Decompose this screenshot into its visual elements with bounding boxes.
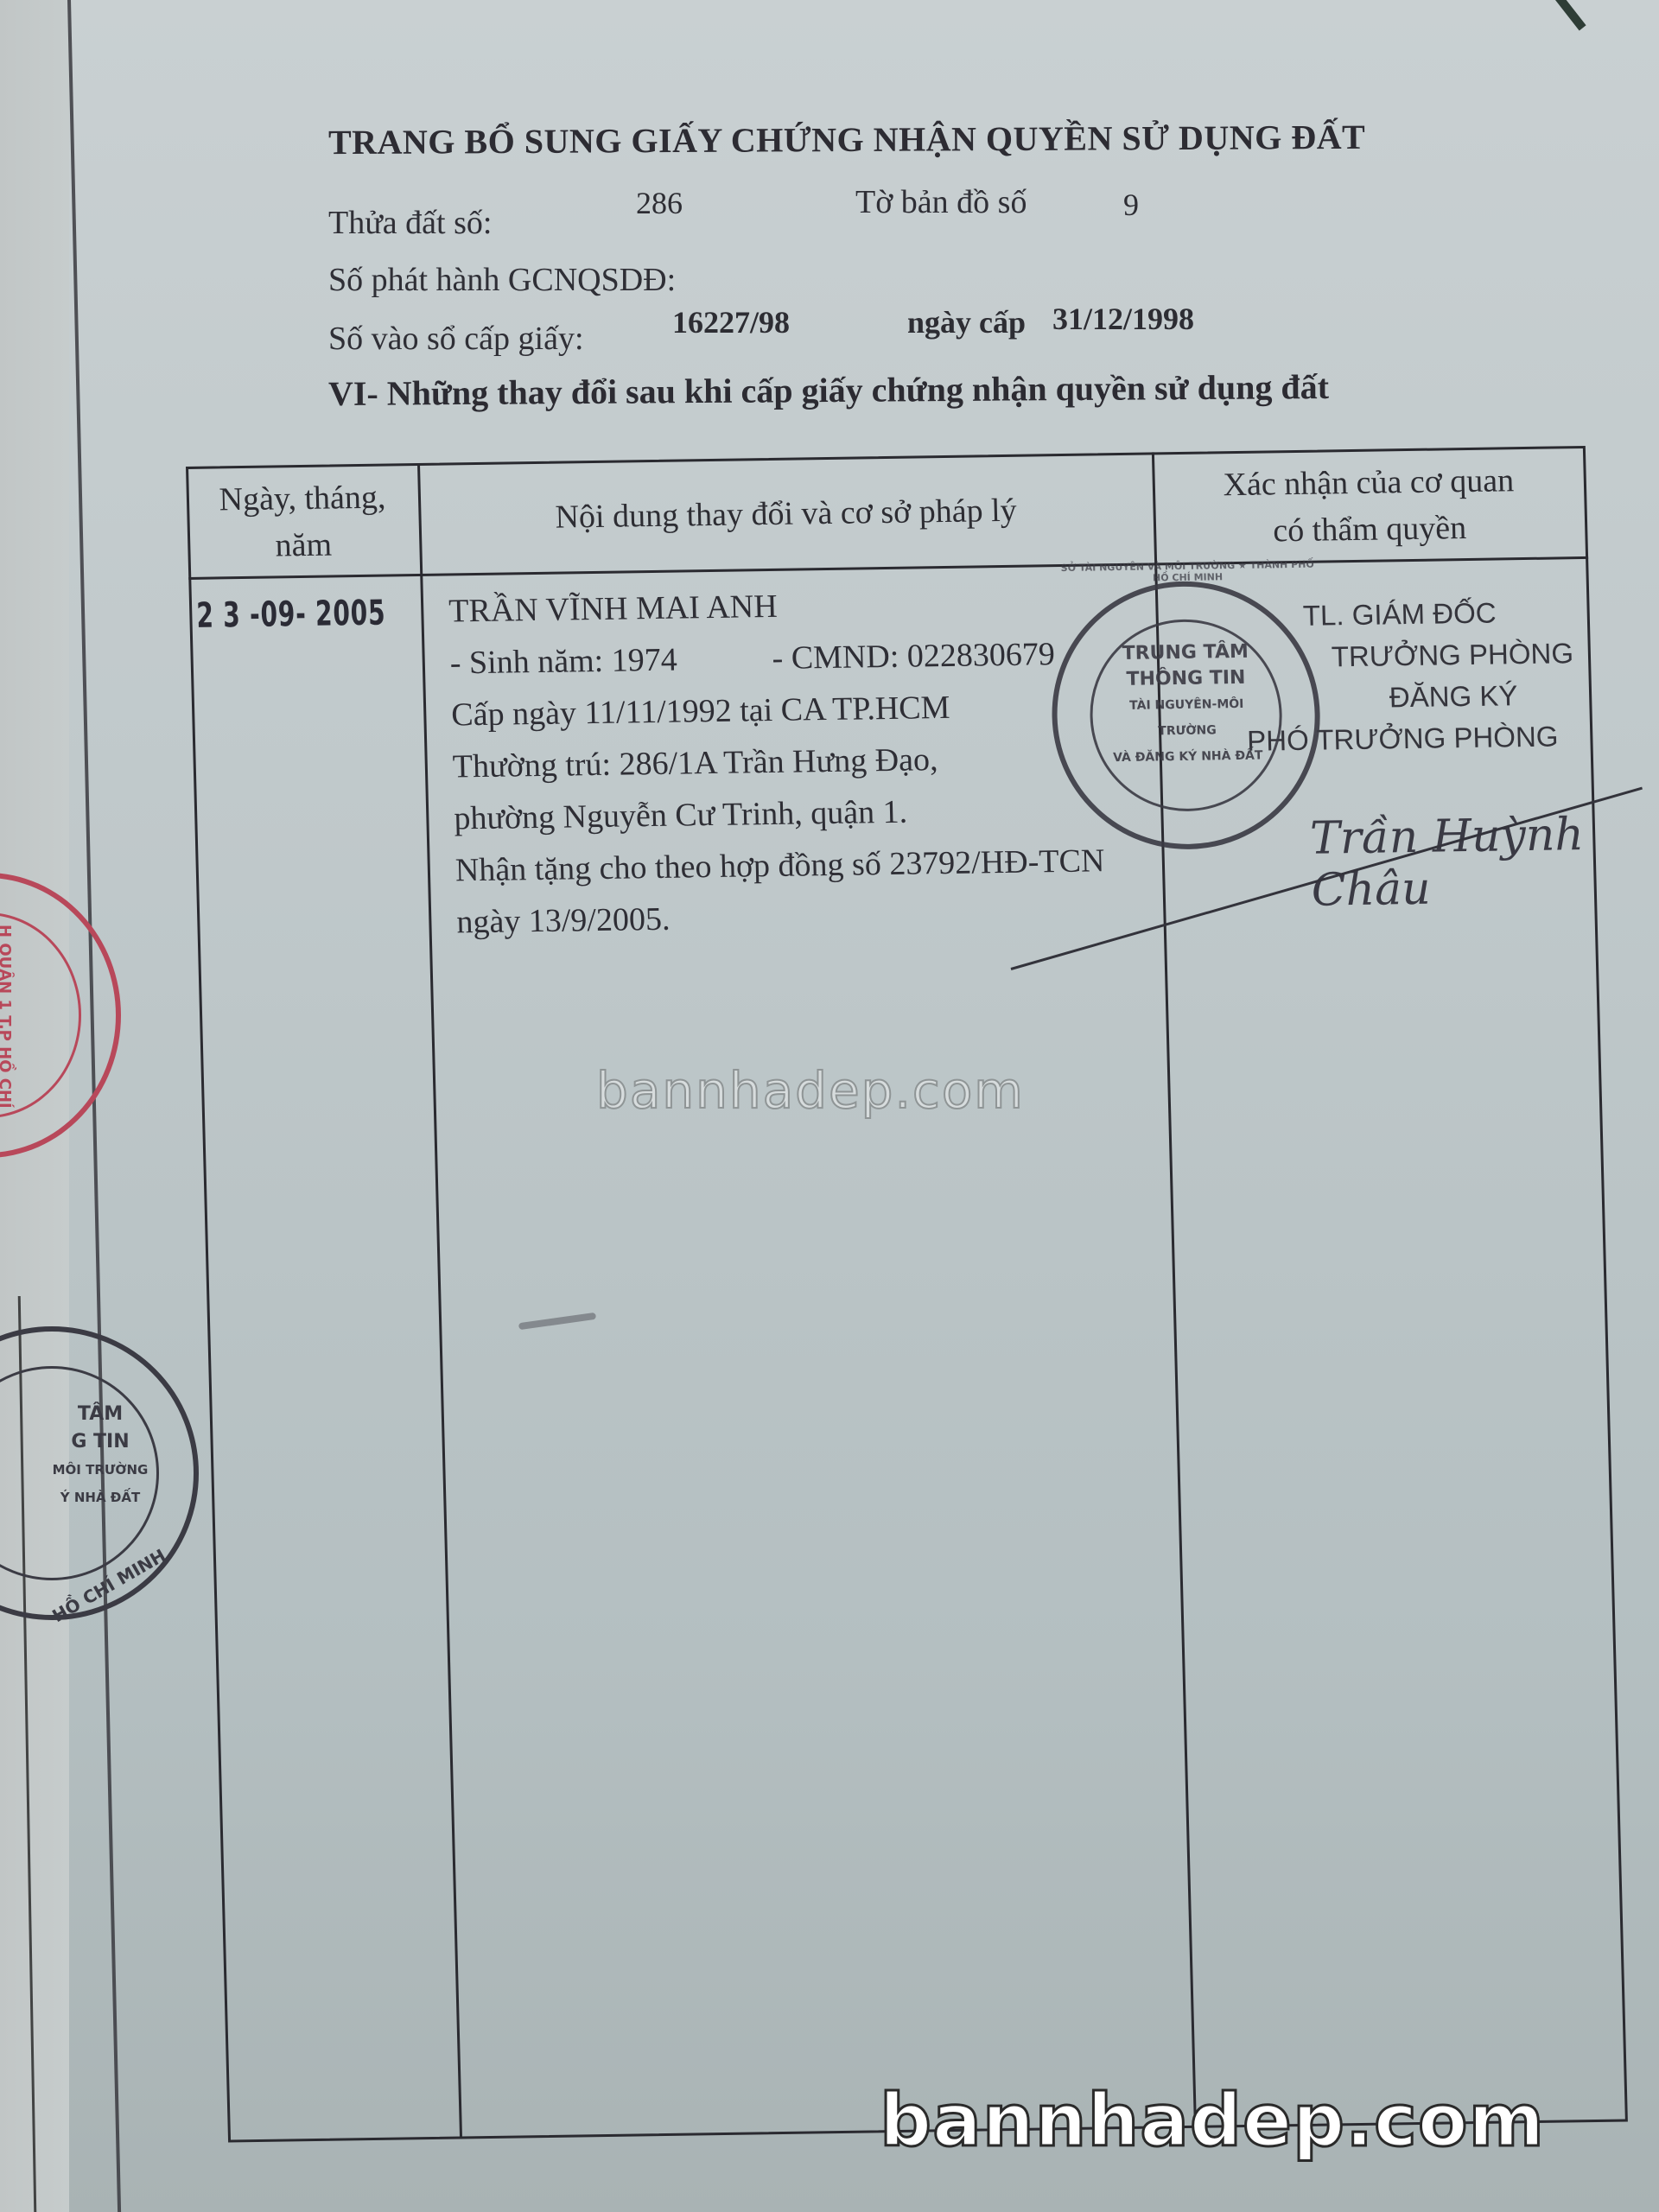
issue-date-value: 31/12/1998 (1052, 301, 1194, 337)
ward: phường Nguyễn Cư Trinh, quận 1. (454, 783, 1104, 844)
watermark-bottom: bannhadep.com (880, 2078, 1545, 2163)
transfer-date: ngày 13/9/2005. (456, 887, 1107, 948)
stamp-line2: THÔNG TIN (1099, 664, 1273, 693)
pen-mark (1555, 0, 1586, 30)
changes-table: Ngày, tháng, năm Nội dung thay đổi và cơ… (186, 446, 1629, 2195)
register-value: 16227/98 (672, 304, 790, 340)
header-authority: Xác nhận của cơ quan có thẩm quyền (1152, 456, 1586, 556)
issue-number-label: Số phát hành GCNQSDĐ: (328, 261, 676, 299)
transfer-contract: Nhận tặng cho theo hợp đồng số 23792/HĐ-… (454, 835, 1105, 896)
stamp-line3: TÀI NGUYÊN-MÔI TRƯỜNG (1100, 690, 1274, 745)
authority-line2: TRƯỞNG PHÒNG ĐĂNG KÝ (1313, 632, 1592, 720)
row-date: 2 3 -09- 2005 (196, 594, 386, 636)
header-date-line1: Ngày, tháng, (186, 474, 418, 524)
stamp-left-line2: G TIN (48, 1428, 152, 1456)
parcel-label: Thửa đất số: (328, 204, 492, 242)
stamp-left-line3: MÔI TRƯỜNG (48, 1456, 152, 1484)
red-stamp-text: H QUẬN 1 T.P HỒ CHÍ MINH (0, 904, 14, 1128)
row-content: TRẦN VĨNH MAI ANH - Sinh năm: 1974- CMND… (448, 575, 1107, 948)
issue-date-label: ngày cấp (907, 304, 1026, 340)
birth-year: - Sinh năm: 1974 (449, 642, 677, 682)
document-title: TRANG BỔ SUNG GIẤY CHỨNG NHẬN QUYỀN SỬ D… (328, 117, 1365, 162)
parcel-value: 286 (636, 185, 683, 221)
stamp-left-line1: TÂM (48, 1401, 152, 1428)
red-stamp-left: H QUẬN 1 T.P HỒ CHÍ MINH (0, 873, 121, 1158)
stamp-outer-text: SỞ TÀI NGUYÊN VÀ MÔI TRƯỜNG ★ THÀNH PHỐ … (1053, 559, 1322, 586)
header-date: Ngày, tháng, năm (186, 474, 420, 570)
stamp-left-line4: Ý NHÀ ĐẤT (48, 1484, 152, 1511)
id-issued: Cấp ngày 11/11/1992 tại CA TP.HCM (451, 679, 1102, 741)
section-heading: VI- Những thay đổi sau khi cấp giấy chứn… (328, 366, 1329, 414)
birth-id-line: - Sinh năm: 1974- CMND: 022830679 (449, 627, 1100, 689)
map-sheet-label: Tờ bản đồ số (855, 183, 1027, 221)
header-authority-line2: có thẩm quyền (1154, 503, 1586, 556)
id-card: - CMND: 022830679 (772, 636, 1055, 677)
owner-name: TRẦN VĨNH MAI ANH (448, 575, 1099, 637)
register-label: Số vào sổ cấp giấy: (328, 320, 584, 358)
stamp-line4: VÀ ĐĂNG KÝ NHÀ ĐẤT (1101, 742, 1274, 771)
header-date-line2: năm (188, 520, 420, 570)
stamp-left-partial: TÂM G TIN MÔI TRƯỜNG Ý NHÀ ĐẤT HỒ CHÍ MI… (0, 1326, 199, 1620)
stamp-line1: TRUNG TÂM (1098, 639, 1272, 667)
map-sheet-value: 9 (1123, 187, 1139, 223)
header-authority-line1: Xác nhận của cơ quan (1152, 456, 1585, 509)
residence: Thường trú: 286/1A Trần Hưng Đạo, (452, 731, 1103, 792)
signer-name: Trần Huỳnh Châu (1309, 809, 1597, 917)
